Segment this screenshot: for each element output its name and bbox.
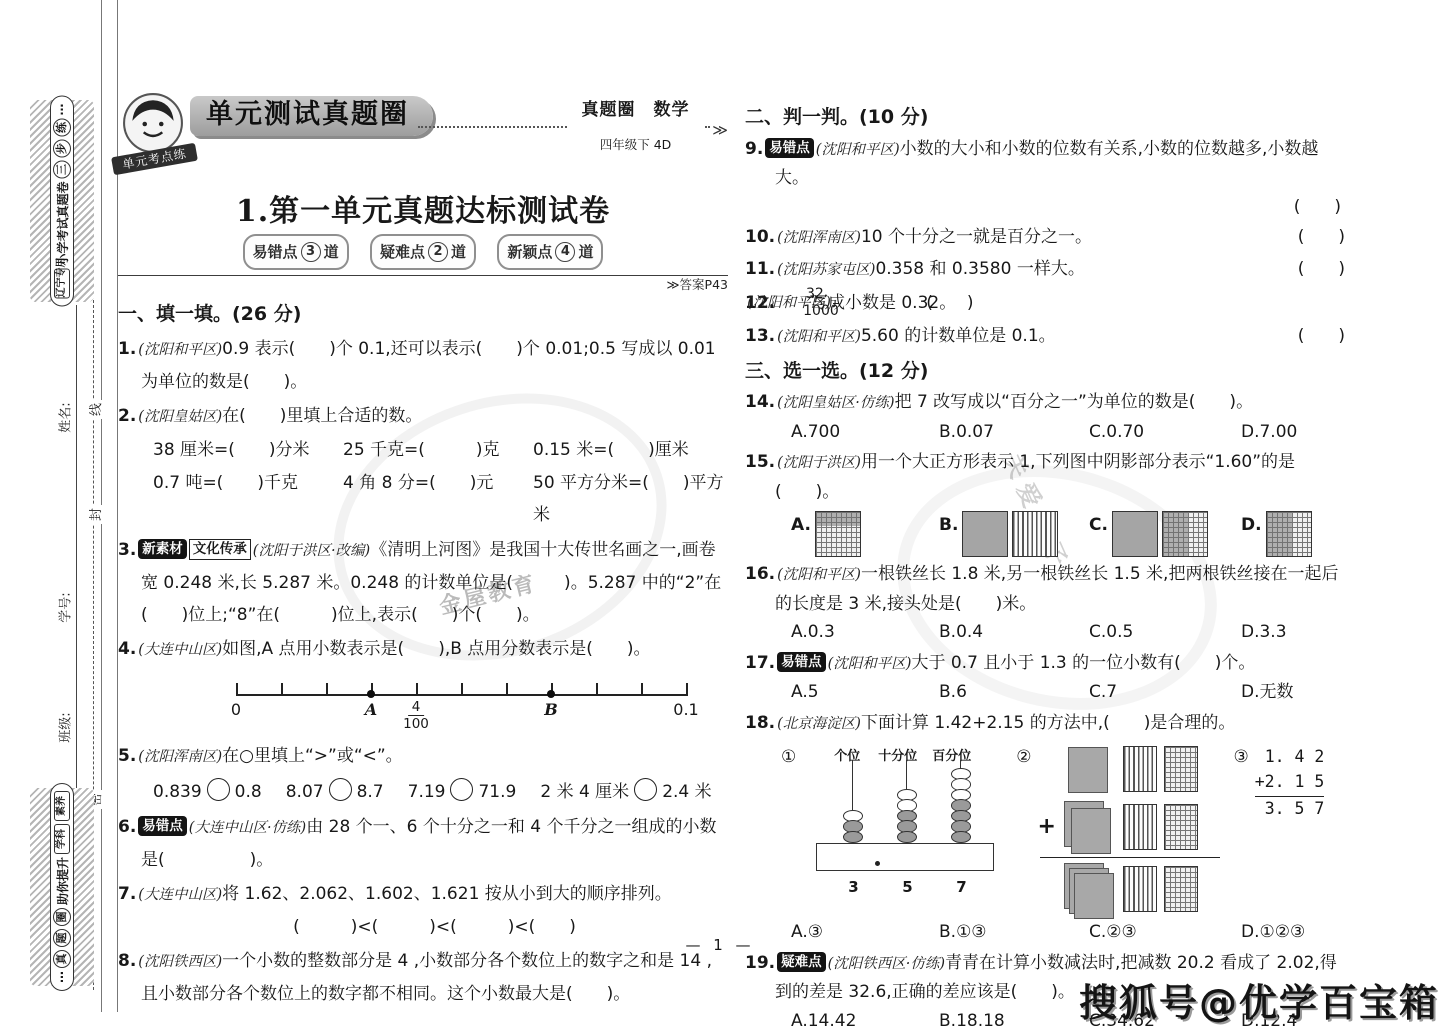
tenths-block xyxy=(1123,866,1157,912)
culture-heritage-badge: 文化传承 xyxy=(189,539,251,560)
number-line xyxy=(236,694,686,696)
comparison-pair: 7.1971.9 xyxy=(408,776,517,808)
question-number: 9. xyxy=(745,139,763,159)
point-b-dot xyxy=(547,690,555,698)
question-source: (沈阳铁西区·仿练) xyxy=(828,956,945,972)
tag-count-circle: 4 xyxy=(555,242,575,262)
numberline-label-end: 0.1 xyxy=(673,700,698,720)
question-text: 0.358 和 0.3580 一样大。 xyxy=(875,259,1084,279)
boy-face-icon xyxy=(122,92,184,154)
question-13: 13.(沈阳和平区)5.60 的计数单位是 0.1。( ) xyxy=(745,322,1345,352)
question-6: 6.易错点(大连中山区·仿练)由 28 个一、6 个十分之一和 4 个千分之一组… xyxy=(118,811,728,876)
question-source: (沈阳和平区) xyxy=(138,342,222,358)
option-c: C.7 xyxy=(1089,678,1241,707)
seal-char-line: 线 xyxy=(85,400,104,419)
tag-unit: 道 xyxy=(578,236,593,268)
tag-unit: 道 xyxy=(451,236,466,268)
question-4: 4.(大连中山区)如图,A 点用小数表示是( ),B 点用分数表示是( )。 0… xyxy=(118,633,728,738)
test-title: 1.第一单元真题达标测试卷 xyxy=(118,196,728,228)
q18-method-figures: ① 个位 十分位 百分位 3 5 7 ② xyxy=(781,743,1345,915)
question-number: 1. xyxy=(118,339,136,359)
unit-conversion-grid: 38 厘米=( )分米 25 千克=( )克 0.15 米=( )厘米 0.7 … xyxy=(153,434,728,531)
question-17: 17.易错点(沈阳和平区)大于 0.7 且小于 1.3 的一位小数有( )个。 … xyxy=(745,649,1345,707)
compare-circle xyxy=(450,778,473,801)
compare-circle xyxy=(207,778,230,801)
question-number: 4. xyxy=(118,639,136,659)
conversion-item: 25 千克=( )克 xyxy=(343,434,533,466)
compare-left: 0.839 xyxy=(153,782,202,802)
judge-answer-blank: ( ) xyxy=(956,289,973,318)
question-text: 将 1.62、2.062、1.602、1.621 按从小到大的顺序排列。 xyxy=(222,884,672,904)
question-text: 5.60 的计数单位是 0.1。 xyxy=(861,326,1056,346)
tag-pill-difficult: 疑难点2道 xyxy=(370,234,476,270)
question-number: 2. xyxy=(118,406,136,426)
question-source: (沈阳铁西区) xyxy=(138,954,222,970)
ones-block-stack xyxy=(1064,743,1116,795)
judge-text: 13.(沈阳和平区)5.60 的计数单位是 0.1。 xyxy=(775,322,1056,352)
sidebar-top-badge-label: 辽宁专用 小学考试真题卷 三 步 练 ⋯ xyxy=(50,95,74,306)
judge-answer-blank: ( ) xyxy=(1328,223,1345,252)
question-source: (沈阳皇姑区·仿练) xyxy=(777,395,894,411)
judge-text: 10.(沈阳浑南区)10 个十分之一就是百分之一。 xyxy=(775,223,1092,253)
tag-unit: 道 xyxy=(324,236,339,268)
question-number: 18. xyxy=(745,713,775,733)
option-d: D.无数 xyxy=(1241,678,1345,707)
tag-row: 易错点3道 疑难点2道 新颖点4道 xyxy=(118,234,728,270)
question-number: 3. xyxy=(118,540,136,560)
question-number: 13. xyxy=(745,326,775,346)
column-addition: 1. 4 2 +2. 1 5 3. 5 7 xyxy=(1255,745,1325,915)
question-text: 下面计算 1.42+2.15 的方法中,( )是合理的。 xyxy=(861,713,1235,733)
addend-2: +2. 1 5 xyxy=(1255,770,1325,797)
hundredths-block xyxy=(1164,866,1198,912)
question-3: 3.新素材文化传承(沈阳于洪区·改编)《清明上河图》是我国十大传世名画之一,画卷… xyxy=(118,534,728,631)
option-b: B.0.4 xyxy=(939,618,1089,647)
question-number: 11. xyxy=(745,259,775,279)
method-3-marker: ③ xyxy=(1234,743,1249,915)
option-letter: A. xyxy=(791,511,811,540)
compare-right: 71.9 xyxy=(478,782,516,802)
options-row: A.③ B.①③ C.②③ D.①②③ xyxy=(775,918,1345,947)
question-source: (大连中山区·仿练) xyxy=(189,820,306,836)
question-source: (大连中山区) xyxy=(138,642,222,658)
options-row: A.0.3 B.0.4 C.0.5 D.3.3 xyxy=(775,618,1345,647)
question-number: 7. xyxy=(118,884,136,904)
question-text: 由 28 个一、6 个十分之一和 4 个千分之一组成的小数 xyxy=(306,817,716,837)
comparison-pair: 8.078.7 xyxy=(286,776,384,808)
blocks-row-addend2 xyxy=(1064,801,1198,853)
question-text: 10 个十分之一就是百分之一。 xyxy=(861,227,1092,247)
difficult-point-badge: 疑难点 xyxy=(777,952,826,972)
question-number: 16. xyxy=(745,564,775,584)
question-16: 16.(沈阳和平区)一根铁丝长 1.8 米,另一根铁丝长 1.5 米,把两根铁丝… xyxy=(745,560,1345,647)
new-material-badge: 新素材 xyxy=(138,539,187,559)
compare-left: 8.07 xyxy=(286,782,324,802)
question-text: 在( )里填上合适的数。 xyxy=(222,406,422,426)
series-name-label: 小学考试真题卷 xyxy=(54,181,71,265)
question-source: (沈阳苏家屯区) xyxy=(777,262,875,278)
place-value-abacus-figure: 个位 十分位 百分位 3 5 7 xyxy=(802,743,1010,903)
hundred-grid-square-image xyxy=(1266,511,1312,557)
option-b: B.6 xyxy=(939,678,1089,707)
brand-block: 真题圈 数学 四年级下 4D xyxy=(568,94,703,161)
question-8: 8.(沈阳铁西区)一个小数的整数部分是 4 ,小数部分各个数位上的数字之和是 1… xyxy=(118,945,728,1010)
option-letter: B. xyxy=(939,511,958,540)
fraction-numerator: 4 xyxy=(408,699,425,716)
option-a: A.14.42 xyxy=(791,1007,939,1034)
circled-char: 三 xyxy=(53,160,71,178)
question-5: 5.(沈阳浑南区)在○里填上“>”或“<”。 0.8390.8 8.078.7 … xyxy=(118,740,728,808)
question-12: 12.(沈阳和平区)321000写成小数是 0.32。( ) xyxy=(745,287,1345,319)
conversion-item: 50 平方分米=( )平方米 xyxy=(533,467,728,531)
hundredths-block xyxy=(1164,804,1198,850)
tag-name: 新颖点 xyxy=(507,236,552,268)
comparison-pair: 0.8390.8 xyxy=(153,776,262,808)
sidebar-top-badge: 辽宁专用 小学考试真题卷 三 步 练 ⋯ xyxy=(30,100,94,302)
question-number: 15. xyxy=(745,452,775,472)
compare-left: 2 米 4 厘米 xyxy=(540,782,629,802)
left-page-column: 单元考点练 单元测试真题圈 真题圈 数学 四年级下 4D ≫ 1.第一单元真题达… xyxy=(118,88,728,1012)
circled-char: 真 xyxy=(53,950,71,968)
conversion-item: 38 厘米=( )分米 xyxy=(153,434,343,466)
option-b-image: B. xyxy=(939,511,1089,557)
brand-subject-label: 真题圈 数学 xyxy=(568,94,703,126)
conversion-item: 0.7 吨=( )千克 xyxy=(153,467,343,531)
sum: 3. 5 7 xyxy=(1255,797,1325,822)
compare-left: 7.19 xyxy=(408,782,446,802)
blocks-row-addend1 xyxy=(1064,743,1198,795)
point-a-dot xyxy=(367,690,375,698)
question-10: 10.(沈阳浑南区)10 个十分之一就是百分之一。( ) xyxy=(745,223,1345,253)
question-text: 如图,A 点用小数表示是( ),B 点用分数表示是( )。 xyxy=(222,639,650,659)
section-1-heading: 一、填一填。(26 分) xyxy=(118,298,728,330)
tag-count-circle: 2 xyxy=(428,242,448,262)
region-box-label: 辽宁专用 xyxy=(54,269,70,299)
circled-char: 圈 xyxy=(53,908,71,926)
question-source: (沈阳于洪区·改编) xyxy=(253,543,370,559)
ellipsis-label: ⋯ xyxy=(55,103,69,115)
question-source: (北京海淀区) xyxy=(777,716,861,732)
option-c: C.②③ xyxy=(1089,918,1241,947)
option-letter: C. xyxy=(1089,511,1108,540)
judge-answer-blank: ( ) xyxy=(1328,255,1345,284)
option-a: A.5 xyxy=(791,678,939,707)
abacus-beads-ones xyxy=(843,759,863,843)
compare-right: 0.8 xyxy=(235,782,262,802)
abacus-digit: 5 xyxy=(902,873,912,902)
option-b: B.0.07 xyxy=(939,418,1089,447)
circled-char: 步 xyxy=(53,139,71,157)
mascot-avatar xyxy=(122,92,184,154)
sidebar-bottom-badge: ⋯ 真 题 圈 助你提升 学科 素养 xyxy=(30,788,94,986)
tenths-block xyxy=(1123,746,1157,792)
option-a-image: A. xyxy=(791,511,939,557)
numberline-label-fraction: 4100 xyxy=(403,699,429,732)
question-7: 7.(大连中山区)将 1.62、2.062、1.602、1.621 按从小到大的… xyxy=(118,878,728,943)
question-number: 10. xyxy=(745,227,775,247)
option-d-image: D. xyxy=(1241,511,1345,557)
option-c: C.0.70 xyxy=(1089,418,1241,447)
judge-text: 11.(沈阳苏家屯区)0.358 和 0.3580 一样大。 xyxy=(775,255,1085,285)
blocks-row-sum xyxy=(1064,863,1198,915)
fraction-denominator: 100 xyxy=(403,716,429,732)
hundredths-block xyxy=(1164,746,1198,792)
tenths-block xyxy=(1123,804,1157,850)
error-prone-badge: 易错点 xyxy=(777,652,826,672)
question-text: 一个小数的整数部分是 4 ,小数部分各个数位上的数字之和是 14 ,且小数部分各… xyxy=(141,951,712,1004)
solid-square-image xyxy=(962,511,1008,557)
question-source: (沈阳皇姑区) xyxy=(138,409,222,425)
question-text: 把 7 改写成以“百分之一”为单位的数是( )。 xyxy=(895,392,1254,412)
page-number: — 1 — xyxy=(585,936,855,954)
question-2: 2.(沈阳皇姑区)在( )里填上合适的数。 38 厘米=( )分米 25 千克=… xyxy=(118,400,728,531)
question-number: 6. xyxy=(118,817,136,837)
compare-circle xyxy=(634,778,657,801)
sohu-watermark: 搜狐号@优学百宝箱 xyxy=(1079,972,1439,1027)
option-letter: D. xyxy=(1241,511,1262,540)
question-text-continued: 是( )。 xyxy=(141,844,728,876)
section-2-heading: 二、判一判。(10 分) xyxy=(745,103,1345,132)
judge-answer-blank: ( ) xyxy=(775,193,1345,222)
option-a: A.0.3 xyxy=(791,618,939,647)
number-line-figure: 0 A 4100 B 0.1 xyxy=(236,672,686,738)
question-source: (沈阳和平区) xyxy=(816,142,900,158)
exam-sheet: 辽宁专用 小学考试真题卷 三 步 练 ⋯ 姓名: 学号: 班级: 线 封 密 ⋯… xyxy=(0,0,1445,1034)
question-source: (大连中山区) xyxy=(138,887,222,903)
question-14: 14.(沈阳皇姑区·仿练)把 7 改写成以“百分之一”为单位的数是( )。 A.… xyxy=(745,388,1345,446)
option-b: B.①③ xyxy=(939,918,1089,947)
hundred-grid-square-image xyxy=(1162,511,1208,557)
abacus-digit: 3 xyxy=(848,873,858,902)
slogan-label: 助你提升 xyxy=(54,857,71,905)
question-9: 9.易错点(沈阳和平区)小数的大小和小数的位数有关系,小数的位数越多,小数越大。… xyxy=(745,135,1345,222)
compare-circle xyxy=(329,778,352,801)
option-d: D.①②③ xyxy=(1241,918,1345,947)
literacy-box-label: 素养 xyxy=(54,791,70,821)
error-prone-badge: 易错点 xyxy=(765,138,814,158)
question-number: 8. xyxy=(118,951,136,971)
addend-1: 1. 4 2 xyxy=(1255,745,1325,770)
abacus-beads-tenths xyxy=(897,759,917,843)
question-number: 14. xyxy=(745,392,775,412)
question-text: 在○里填上“>”或“<”。 xyxy=(222,746,403,766)
option-c-image: C. xyxy=(1089,511,1241,557)
brand-grade-label: 四年级下 4D xyxy=(568,129,703,161)
conversion-item: 0.15 米=( )厘米 xyxy=(533,434,728,466)
page-header: 单元考点练 单元测试真题圈 真题圈 数学 四年级下 4D ≫ xyxy=(118,88,728,190)
sidebar-bottom-badge-label: ⋯ 真 题 圈 助你提升 学科 素养 xyxy=(50,783,74,991)
judge-answer-blank: ( ) xyxy=(1328,322,1345,351)
question-source: (沈阳和平区) xyxy=(828,656,912,672)
numberline-label-zero: 0 xyxy=(231,700,241,720)
error-prone-badge: 易错点 xyxy=(138,816,187,836)
ellipsis-label: ⋯ xyxy=(55,971,69,983)
tag-pill-novel: 新颖点4道 xyxy=(497,234,603,270)
compare-right: 2.4 米 xyxy=(662,782,711,802)
option-d: D.7.00 xyxy=(1241,418,1345,447)
question-number: 5. xyxy=(118,746,136,766)
hundred-grid-square-image xyxy=(815,511,861,557)
options-row: A.5 B.6 C.7 D.无数 xyxy=(775,678,1345,707)
tag-count-circle: 3 xyxy=(301,242,321,262)
student-id-field-label: 学号: xyxy=(55,589,74,625)
question-text: 0.9 表示( )个 0.1,还可以表示( )个 0.01;0.5 写成以 0.… xyxy=(141,339,716,392)
comparison-pair: 2 米 4 厘米2.4 米 xyxy=(540,776,711,808)
option-a: A.700 xyxy=(791,418,939,447)
question-source: (沈阳和平区) xyxy=(777,329,861,345)
question-source: (沈阳浑南区) xyxy=(777,230,861,246)
name-field-label: 姓名: xyxy=(55,399,74,435)
question-source: (沈阳于洪区) xyxy=(777,455,861,471)
chevron-right-icon: ≫ xyxy=(712,114,728,146)
numberline-label-a: A xyxy=(365,700,377,720)
question-18: 18.(北京海淀区)下面计算 1.42+2.15 的方法中,( )是合理的。 ①… xyxy=(745,709,1345,947)
option-d: D.3.3 xyxy=(1241,618,1345,647)
equals-line xyxy=(1040,857,1220,858)
question-source: (沈阳浑南区) xyxy=(138,749,222,765)
compare-right: 8.7 xyxy=(357,782,384,802)
option-b: B.18.18 xyxy=(939,1007,1089,1034)
right-page-column: 二、判一判。(10 分) 9.易错点(沈阳和平区)小数的大小和小数的位数有关系,… xyxy=(745,98,1345,1034)
plus-sign: + xyxy=(1038,813,1056,842)
options-row: A.700 B.0.07 C.0.70 D.7.00 xyxy=(775,418,1345,447)
abacus-digit: 7 xyxy=(956,873,966,902)
decimal-point-dot xyxy=(875,861,880,866)
option-c: C.0.5 xyxy=(1089,618,1241,647)
ones-block-stack xyxy=(1064,801,1116,853)
abacus-beads-hundredths xyxy=(951,759,971,843)
answer-reference: ≫答案P43 xyxy=(118,276,728,293)
tag-name: 易错点 xyxy=(253,236,298,268)
comparison-row: 0.8390.8 8.078.7 7.1971.9 2 米 4 厘米2.4 米 xyxy=(153,776,728,808)
ones-block-stack xyxy=(1064,863,1116,915)
method-2-marker: ② xyxy=(1016,743,1031,915)
conversion-item: 4 角 8 分=( )元 xyxy=(343,467,533,531)
question-text: 大于 0.7 且小于 1.3 的一位小数有( )个。 xyxy=(911,653,1255,673)
subject-box-label: 学科 xyxy=(54,824,70,854)
q15-option-images: A. B. C. D. xyxy=(775,511,1345,557)
series-banner: 单元测试真题圈 xyxy=(190,96,433,136)
section-3-heading: 三、选一选。(12 分) xyxy=(745,357,1345,386)
question-source: (沈阳和平区) xyxy=(777,567,861,583)
numberline-label-b: B xyxy=(544,700,558,720)
solid-square-image xyxy=(1112,511,1158,557)
circled-char: 题 xyxy=(53,929,71,947)
tag-name: 疑难点 xyxy=(380,236,425,268)
seal-char-feng: 封 xyxy=(85,505,104,524)
tag-pill-error-prone: 易错点3道 xyxy=(243,234,349,270)
method-1-marker: ① xyxy=(781,743,796,915)
abacus-base xyxy=(816,843,994,871)
base-ten-blocks-figure: + xyxy=(1038,743,1228,915)
question-number: 17. xyxy=(745,653,775,673)
question-15: 15.(沈阳于洪区)用一个大正方形表示 1,下列图中阴影部分表示“1.60”的是… xyxy=(745,448,1345,557)
question-1: 1.(沈阳和平区)0.9 表示( )个 0.1,还可以表示( )个 0.01;0… xyxy=(118,333,728,398)
class-field-label: 班级: xyxy=(55,709,74,745)
circled-char: 练 xyxy=(53,118,71,136)
question-11: 11.(沈阳苏家屯区)0.358 和 0.3580 一样大。( ) xyxy=(745,255,1345,285)
question-number: 19. xyxy=(745,953,775,973)
tenths-striped-square-image xyxy=(1012,511,1058,557)
